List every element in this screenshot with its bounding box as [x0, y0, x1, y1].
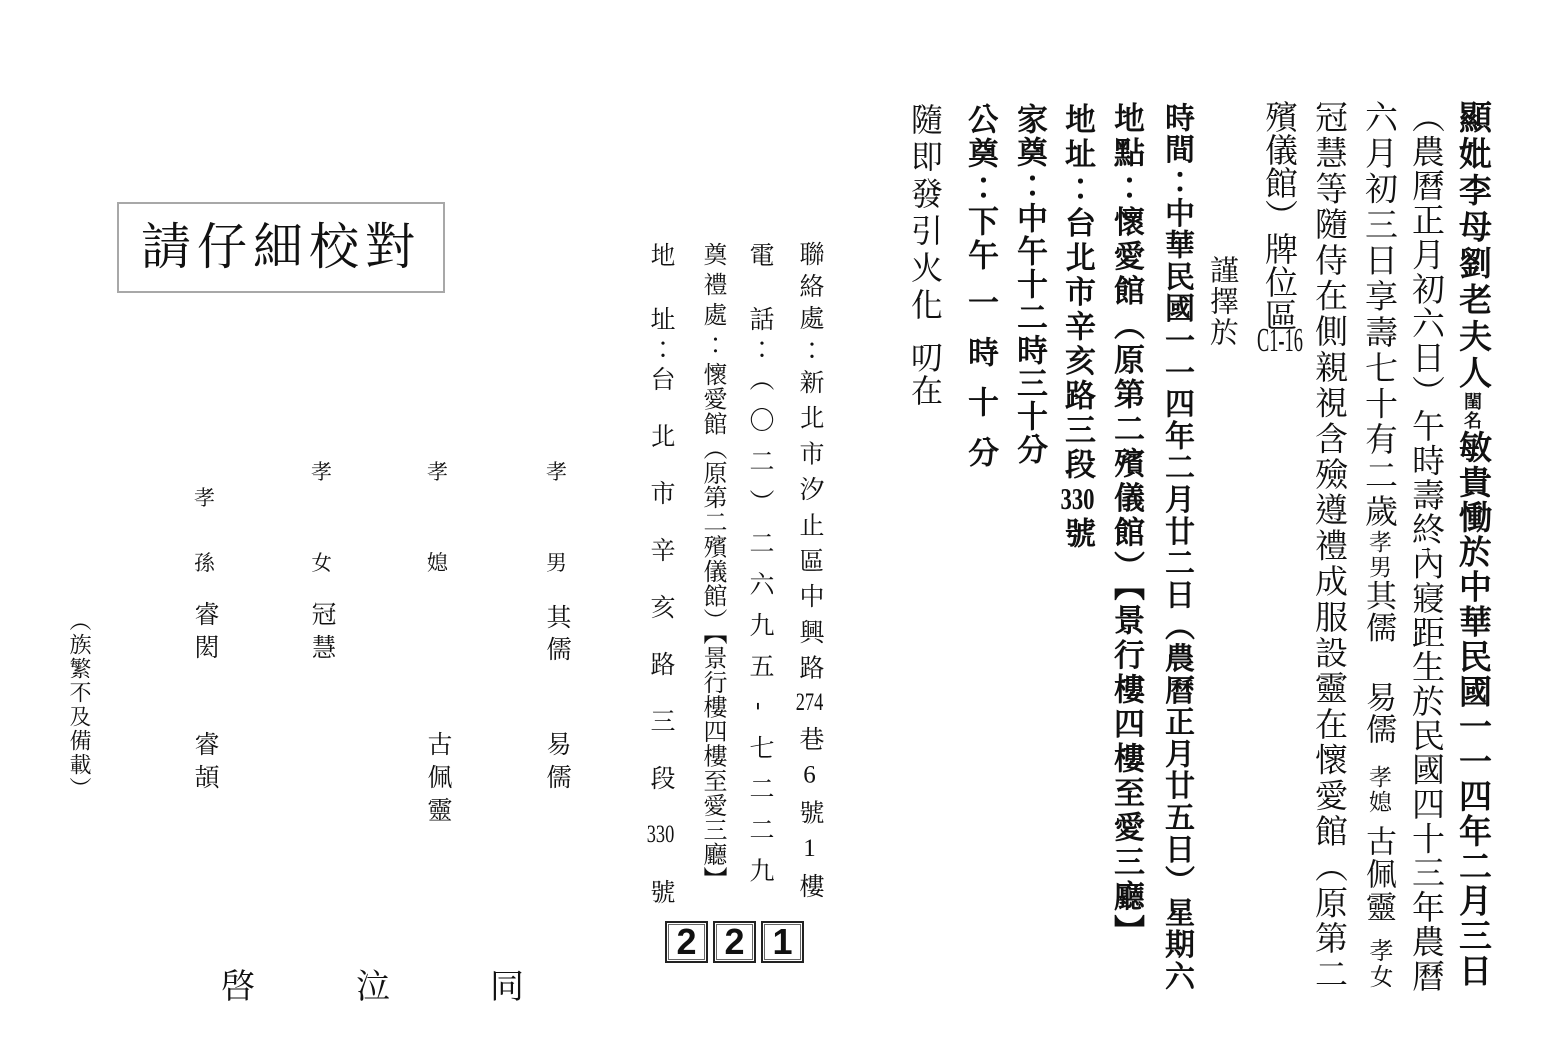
contact-office-label: 聯絡處：: [796, 241, 823, 369]
family-daughter-in-law-label-2: 媳: [427, 553, 448, 574]
family-grandson-name-1: 睿閎: [192, 601, 217, 667]
family-sons-label-2: 男: [546, 553, 567, 574]
contact-office-lane: 274: [796, 690, 823, 715]
closing-text: 隨即發引火化: [907, 103, 943, 325]
daughter-in-law-label: 孝媳: [1366, 765, 1391, 815]
passing-date-text: 敏貴慟於中華民國一一四年二月三日: [1454, 430, 1490, 988]
family-daughter-label-1: 孝: [311, 462, 332, 483]
family-daughter-label-2: 女: [311, 553, 332, 574]
contact-office-street: 新北市汐止區中興路: [796, 369, 823, 690]
schedule-time: 時間：中華民國一一四年二月廿二日（農曆正月廿五日）星期六: [1161, 102, 1191, 992]
proofread-notice-box: 請仔細校對: [117, 202, 445, 293]
schedule-family-rite: 家奠：中午十二時三十分: [1014, 103, 1045, 466]
contact-office: 聯絡處：新北市汐止區中興路274巷6號1樓: [797, 241, 822, 909]
family-son-name-1: 其儒: [544, 604, 569, 668]
sons-label: 孝男: [1366, 530, 1391, 580]
schedule-intro: 謹擇於: [1207, 255, 1236, 348]
contact-phone-label-2: 話：: [746, 306, 773, 366]
schedule-public-rite: 公奠：下午一時十分: [965, 103, 996, 486]
contact-office-rest: 巷6號1樓: [796, 726, 823, 909]
daughter-in-law-name: 古佩靈: [1361, 825, 1396, 924]
public-rite-time: 一時十分: [963, 286, 998, 486]
public-rite-text: 公奠：下午: [963, 103, 998, 273]
contact-phone-dash: -: [746, 702, 773, 726]
family-daughter-name: 冠慧: [309, 601, 334, 667]
contact-phone-tail: 七二二九: [746, 734, 773, 898]
closing-suffix: 叨在: [907, 341, 943, 407]
announcement-line-3: 六月初三日享壽七十有二歲孝男其儒易儒孝媳古佩靈孝女: [1361, 100, 1394, 990]
family-son-name-2: 易儒: [544, 731, 569, 797]
announcement-line-1: 顯妣李母劉老夫人閨名敏貴慟於中華民國一一四年二月三日: [1455, 100, 1488, 988]
postal-digit-1: 2: [665, 921, 708, 963]
contact-address-label-2: 址：: [647, 306, 674, 366]
contact-address: 地址：台北市辛亥路三段330號: [648, 242, 673, 904]
contact-venue-value: 懷愛館（原第二殯儀館）【景行樓四樓至愛三廳】: [699, 362, 725, 891]
age-text: 六月初三日享壽七十有二歲: [1360, 100, 1396, 530]
contact-phone: 電話：（〇二）二六九五-七二二九: [747, 242, 772, 898]
signoff-second: 泣: [356, 971, 390, 1005]
family-grandson-name-2: 睿頡: [192, 731, 217, 797]
address-text: 地址：台北市辛亥路三段: [1060, 103, 1095, 483]
address-number: 330: [1060, 483, 1095, 514]
contact-address-number: 330: [647, 822, 674, 847]
maiden-name-label: 閨名: [1462, 392, 1482, 430]
daughter-label: 孝女: [1365, 938, 1391, 990]
family-note: （族繁不及備載）: [68, 609, 90, 801]
signoff-first: 同: [490, 971, 524, 1005]
contact-address-street: 台北市辛亥路三段: [647, 366, 674, 822]
son-name-2: 易儒: [1361, 681, 1396, 745]
family-grandsons-label-1: 孝: [194, 488, 215, 509]
contact-phone-area: （〇二）二六九五: [746, 366, 773, 694]
address-suffix: 號: [1060, 517, 1095, 552]
postal-digit-2: 2: [713, 921, 756, 963]
contact-address-suffix: 號: [647, 879, 674, 904]
deceased-title: 顯妣李母劉老夫人: [1454, 100, 1490, 392]
contact-venue: 奠禮處：懷愛館（原第二殯儀館）【景行樓四樓至愛三廳】: [700, 242, 724, 891]
family-sons-label-1: 孝: [546, 462, 567, 483]
postal-code-boxes: 2 2 1: [665, 921, 809, 963]
family-grandsons-label-2: 孫: [194, 553, 215, 574]
schedule-venue: 地點：懷愛館（原第二殯儀館）【景行樓四樓至愛三廳】: [1111, 102, 1142, 949]
announcement-line-2: （農曆正月初六日）午時壽終內寢距生於民國四十三年農曆: [1408, 100, 1441, 993]
schedule-closing: 隨即發引火化叨在: [909, 103, 941, 407]
tablet-area-code: C1-16: [1257, 324, 1303, 358]
family-daughter-in-law-label-1: 孝: [427, 462, 448, 483]
announcement-line-5: 殯儀館）牌位區: [1261, 100, 1294, 331]
contact-venue-label: 奠禮處：: [699, 242, 725, 362]
contact-phone-label-1: 電: [746, 242, 773, 306]
schedule-address: 地址：台北市辛亥路三段330號: [1062, 103, 1093, 552]
contact-address-label-1: 地: [647, 242, 674, 306]
announcement-line-4: 冠慧等隨侍在側親視含殮遵禮成服設靈在懷愛館（原第二: [1311, 100, 1344, 993]
son-name-1: 其儒: [1361, 580, 1396, 644]
postal-digit-3: 1: [761, 921, 804, 963]
signoff-third: 啓: [221, 971, 255, 1005]
family-daughter-in-law-name: 古佩靈: [425, 731, 450, 830]
